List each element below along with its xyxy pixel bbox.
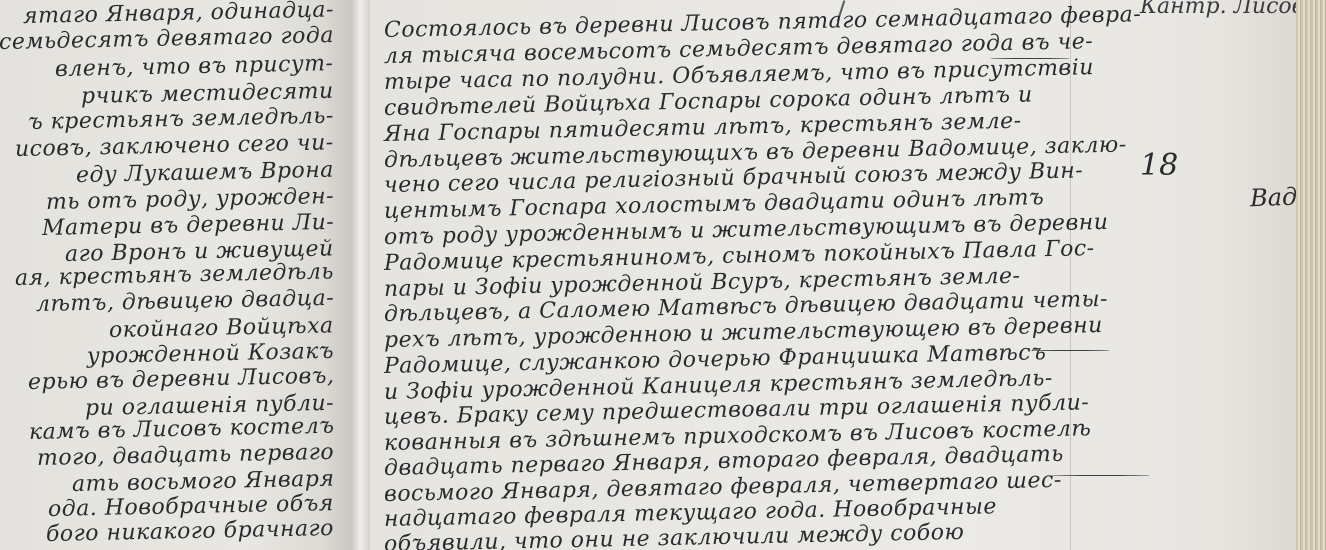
left-line-7: еду Лукашемъ Врона xyxy=(76,158,334,188)
left-line-12: лѣтъ, дѣвицею двадца- xyxy=(36,286,335,317)
line-end-flourish xyxy=(1030,350,1110,351)
left-line-15: ерью въ деревни Лисовъ, xyxy=(27,364,334,395)
left-line-18: того, двадцать перваго xyxy=(37,440,335,471)
right-page: Кантр. Лисовъ Состоялось въ деревни Лисо… xyxy=(370,0,1326,550)
record-number: 18 xyxy=(1140,148,1178,183)
line-end-flourish xyxy=(990,58,1070,59)
left-line-21: бого никакого брачнаго xyxy=(46,516,334,547)
left-line-6: исовъ, заключено сего чи- xyxy=(15,130,334,162)
header-note: Кантр. Лисовъ xyxy=(1140,0,1319,19)
page-edge xyxy=(1296,0,1326,550)
register-spread: ятаго Января, одинадца- семьдесятъ девят… xyxy=(0,0,1326,550)
left-page: ятаго Января, одинадца- семьдесятъ девят… xyxy=(0,0,352,550)
margin-rule xyxy=(1070,0,1071,550)
left-line-3: вленъ, что въ присут- xyxy=(55,51,334,82)
line-end-flourish xyxy=(1050,475,1150,476)
book-gutter xyxy=(352,0,370,550)
